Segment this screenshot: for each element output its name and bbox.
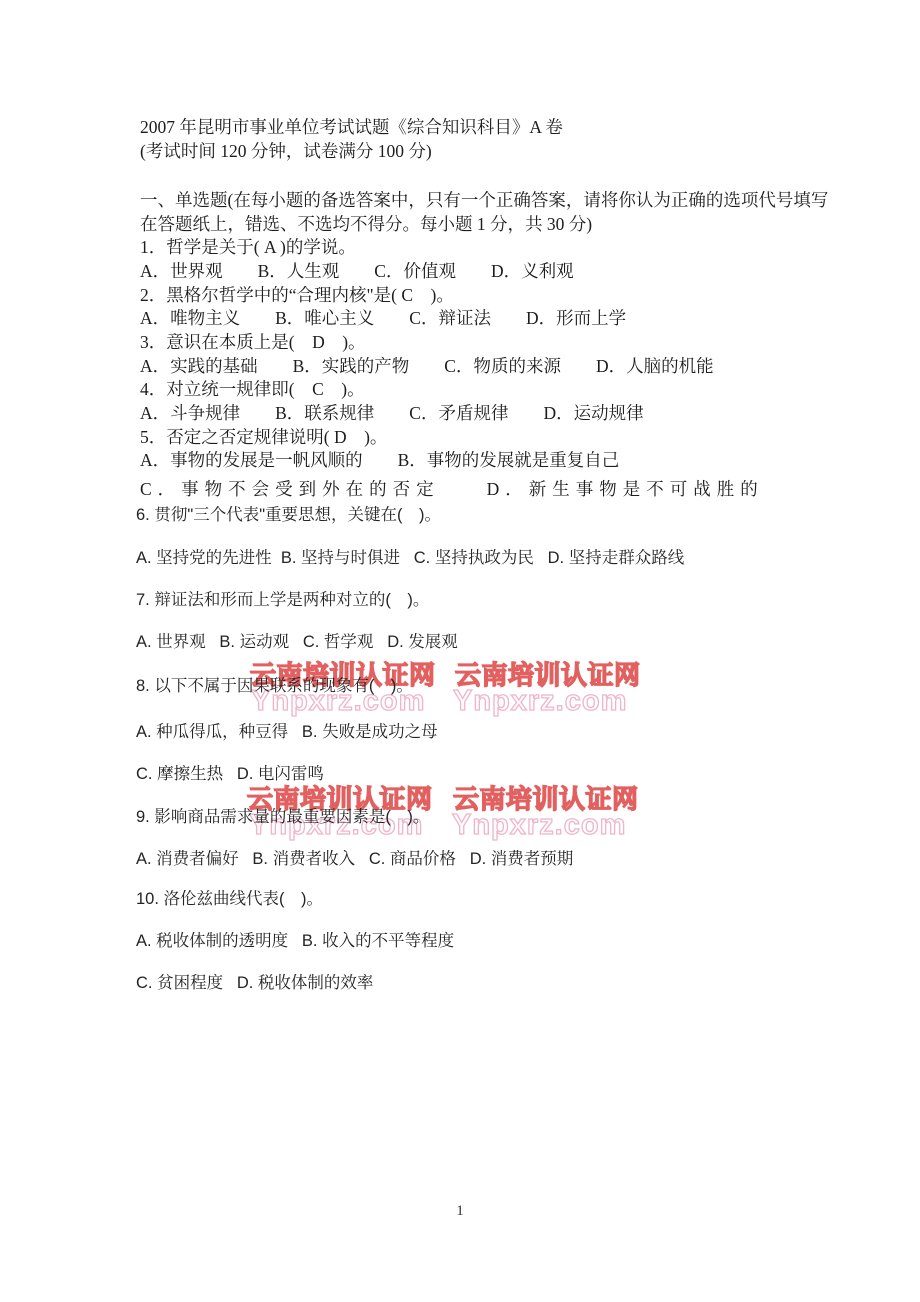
question-2: 2．黑格尔哲学中的“合理内核"是( C )。 [140, 284, 454, 307]
question-1-options: A．世界观 B．人生观 C．价值观 D．义利观 [140, 260, 574, 283]
exam-info: (考试时间 120 分钟，试卷满分 100 分) [140, 140, 432, 163]
question-8: 8. 以下不属于因果联系的现象有( )。 [136, 676, 413, 697]
question-10: 10. 洛伦兹曲线代表( )。 [136, 889, 323, 910]
question-4: 4．对立统一规律即( C )。 [140, 378, 365, 401]
question-2-options: A．唯物主义 B．唯心主义 C．辩证法 D．形而上学 [140, 307, 626, 330]
question-10-options-cd: C. 贫困程度 D. 税收体制的效率 [136, 973, 373, 994]
question-9-options: A. 消费者偏好 B. 消费者收入 C. 商品价格 D. 消费者预期 [136, 849, 573, 870]
question-5: 5．否定之否定规律说明( D )。 [140, 426, 387, 449]
watermark-en-text: Ynpxrz.com [452, 811, 626, 840]
question-8-options-ab: A. 种瓜得瓜，种豆得 B. 失败是成功之母 [136, 722, 438, 743]
section-1-heading-line-1: 一、单选题(在每小题的备选答案中，只有一个正确答案，请将你认为正确的选项代号填写 [140, 189, 828, 212]
exam-document-page: 云南培训认证网 Ynpxrz.com 云南培训认证网 Ynpxrz.com 云南… [0, 0, 920, 1302]
question-10-options-ab: A. 税收体制的透明度 B. 收入的不平等程度 [136, 931, 454, 952]
question-5-options-ab: A．事物的发展是一帆风顺的 B．事物的发展就是重复自己 [140, 449, 619, 472]
watermark-cn-text: 云南培训认证网 [453, 786, 639, 812]
question-7-options: A. 世界观 B. 运动观 C. 哲学观 D. 发展观 [136, 632, 458, 653]
question-5-options-cd: C．事物不会受到外在的否定 D．新生事物是不可战胜的 [140, 478, 764, 501]
watermark-cn-text: 云南培训认证网 [455, 662, 641, 688]
question-1: 1．哲学是关于( A )的学说。 [140, 236, 356, 259]
question-4-options: A．斗争规律 B．联系规律 C．矛盾规律 D．运动规律 [140, 402, 644, 425]
question-3: 3．意识在本质上是( D )。 [140, 331, 366, 354]
exam-title: 2007 年昆明市事业单位考试试题《综合知识科目》A 卷 [140, 116, 563, 139]
question-9: 9. 影响商品需求量的最重要因素是( )。 [136, 807, 429, 828]
page-number: 1 [0, 1203, 920, 1220]
question-8-options-cd: C. 摩擦生热 D. 电闪雷鸣 [136, 764, 324, 785]
question-7: 7. 辩证法和形而上学是两种对立的( )。 [136, 590, 429, 611]
watermark-en-text: Ynpxrz.com [453, 687, 627, 716]
section-1-heading-line-2: 在答题纸上，错选、不选均不得分。每小题 1 分，共 30 分) [140, 213, 592, 236]
question-6-options: A. 坚持党的先进性 B. 坚持与时俱进 C. 坚持执政为民 D. 坚持走群众路… [136, 548, 684, 569]
question-3-options: A．实践的基础 B．实践的产物 C．物质的来源 D．人脑的机能 [140, 355, 714, 378]
question-6: 6. 贯彻"三个代表"重要思想，关键在( )。 [136, 505, 441, 526]
